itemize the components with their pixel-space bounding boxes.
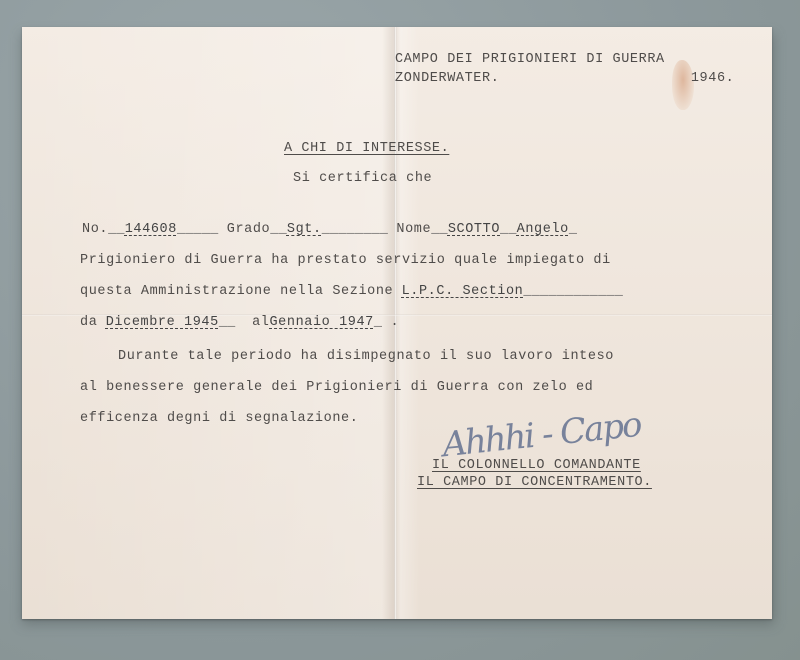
surname-value: SCOTTO: [448, 222, 500, 237]
rank-value: Sgt.: [287, 222, 322, 237]
period-line: da Dicembre 1945__ alGennaio 1947_ .: [80, 316, 399, 330]
name-label: Nome: [396, 222, 431, 237]
header-place: ZONDERWATER.: [395, 71, 499, 86]
number-label: No.: [82, 222, 108, 237]
paragraph-2-line-1: Durante tale periodo ha disimpegnato il …: [118, 350, 614, 364]
to-label: al: [252, 315, 269, 330]
header-year: 1946.: [691, 71, 735, 86]
to-value: Gennaio 1947: [269, 315, 373, 330]
signature-title-1: IL COLONNELLO COMANDANTE: [432, 459, 641, 473]
fields-line: No.__144608_____ Grado__Sgt.________ Nom…: [82, 223, 577, 237]
paragraph-2-line-3: efficenza degni di segnalazione.: [80, 412, 358, 426]
header-line-2: ZONDERWATER. 1946.: [395, 72, 734, 86]
paragraph-2-line-2: al benessere generale dei Prigionieri di…: [80, 381, 593, 395]
section-value: L.P.C. Section: [402, 284, 524, 299]
header-line-1: CAMPO DEI PRIGIONIERI DI GUERRA: [395, 53, 665, 67]
body-line-1: Prigioniero di Guerra ha prestato serviz…: [80, 254, 611, 268]
document-subtitle: Si certifica che: [293, 172, 432, 186]
signature-title-2: IL CAMPO DI CONCENTRAMENTO.: [417, 476, 652, 490]
certificate-paper: CAMPO DEI PRIGIONIERI DI GUERRA ZONDERWA…: [22, 27, 772, 619]
handwritten-signature: Ahhhi - Capo: [440, 405, 642, 466]
document-title: A CHI DI INTERESSE.: [284, 142, 449, 156]
from-value: Dicembre 1945: [106, 315, 219, 330]
firstname-value: Angelo: [517, 222, 569, 237]
rank-label: Grado: [227, 222, 271, 237]
number-value: 144608: [125, 222, 177, 237]
from-label: da: [80, 315, 97, 330]
body-line-2: questa Amministrazione nella Sezione L.P…: [80, 285, 623, 299]
